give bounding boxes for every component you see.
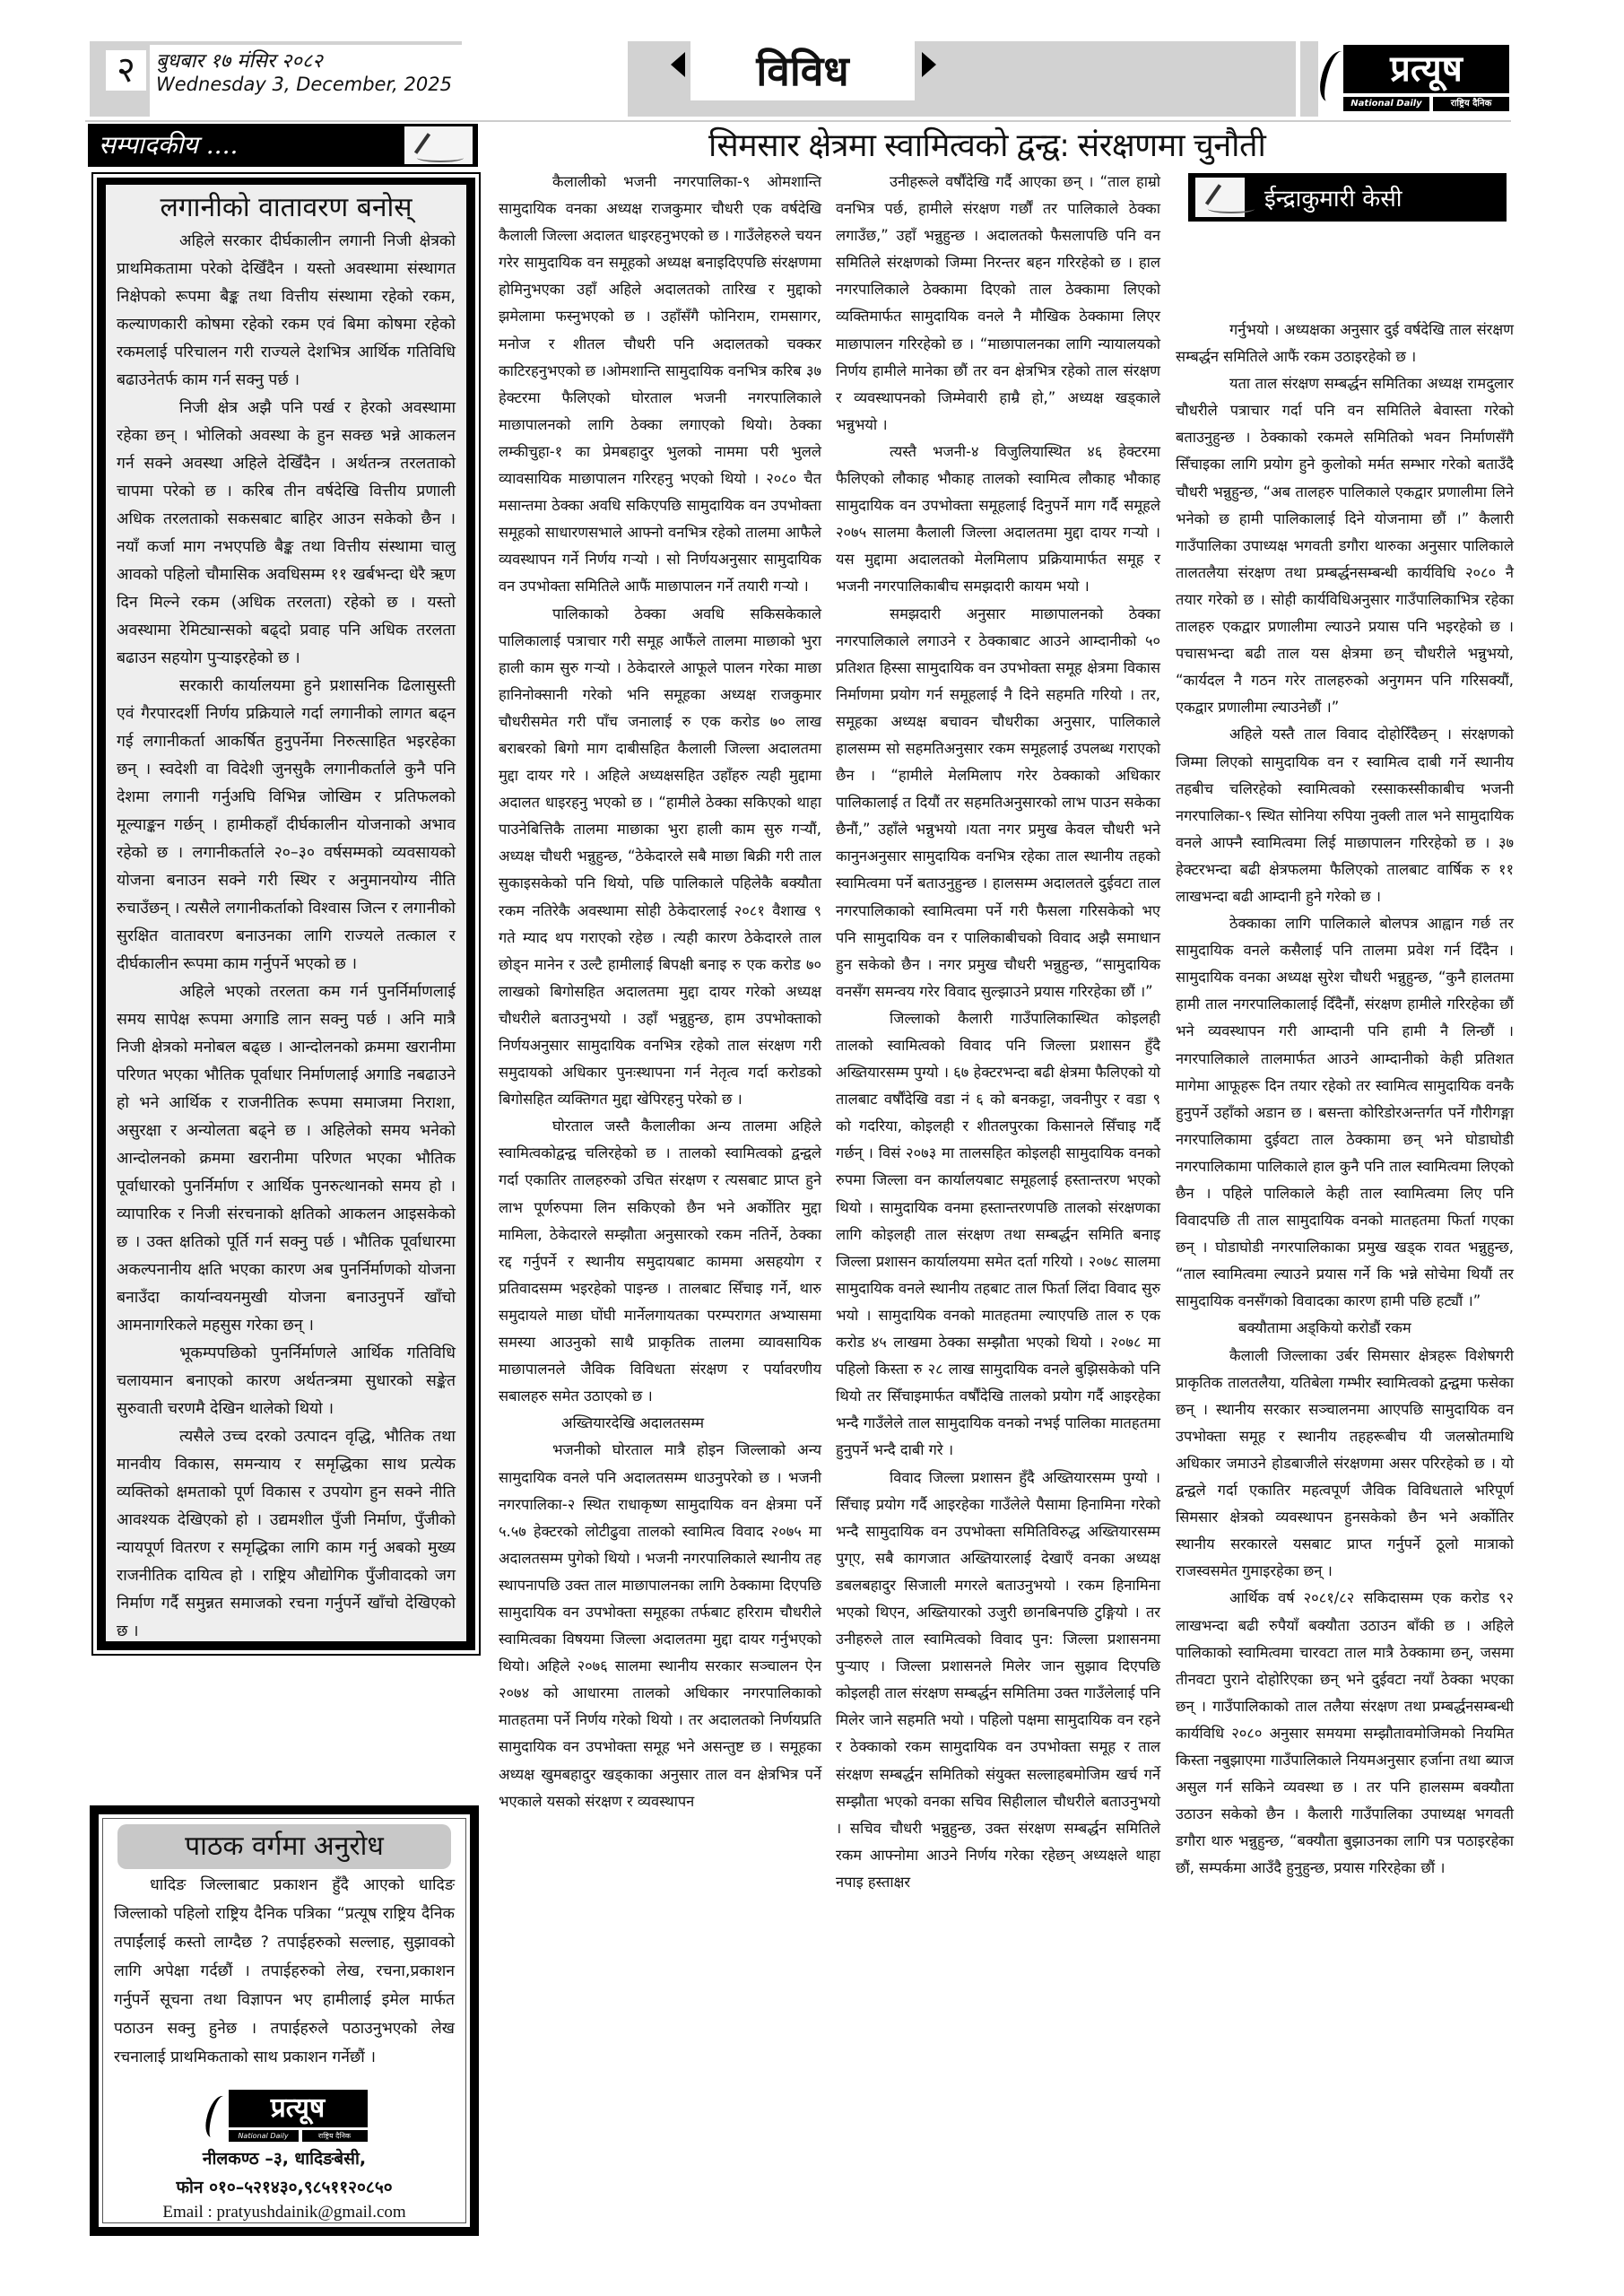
editorial-paragraph: त्यसैले उच्च दरको उत्पादन वृद्धि, भौतिक …: [117, 1423, 456, 1646]
logo-wordmark: प्रत्यूष: [229, 2090, 368, 2127]
editorial-paragraph: अहिले भएको तरलता कम गर्न पुनर्निर्माणलाई…: [117, 978, 456, 1340]
article-paragraph: गर्नुभयो । अध्यक्षका अनुसार दुई वर्षदेखि…: [1176, 317, 1514, 370]
logo-tagline-en: National Daily: [229, 2130, 299, 2142]
editorial-paragraph: भूकम्पपछिको पुनर्निर्माणले आर्थिक गतिविध…: [117, 1340, 456, 1423]
article-paragraph: जिल्लाको कैलारी गाउँपालिकास्थित कोइलही त…: [836, 1005, 1160, 1465]
article-paragraph: पालिकाको ठेक्का अवधि सकिसकेकाले पालिकाला…: [499, 601, 821, 1114]
logo-wordmark: प्रत्यूष: [1343, 45, 1509, 93]
date-nepali: बुधबार १७ मंसिर २०८२: [156, 47, 323, 74]
author-box: ईन्द्राकुमारी केसी: [1188, 173, 1507, 222]
editorial-title: लगानीको वातावरण बनोस्: [117, 190, 456, 226]
article-headline: सिमसार क्षेत्रमा स्वामित्वको द्वन्द्व: स…: [708, 126, 1265, 167]
article-paragraph: समझदारी अनुसार माछापालनको ठेक्का नगरपालि…: [836, 601, 1160, 1005]
article-paragraph: उनीहरूले वर्षौंदेखि गर्दै आएका छन् । “ता…: [836, 169, 1160, 439]
editorial-box: लगानीको वातावरण बनोस् अहिले सरकार दीर्घक…: [91, 172, 481, 1656]
article-column-2: उनीहरूले वर्षौंदेखि गर्दै आएका छन् । “ता…: [836, 169, 1160, 1896]
author-name: ईन्द्राकुमारी केसी: [1264, 181, 1403, 213]
divider: [85, 120, 1511, 122]
article-paragraph: विवाद जिल्ला प्रशासन हुँदै अख्तियारसम्म …: [836, 1465, 1160, 1897]
article-paragraph: अहिले यस्तै ताल विवाद दोहोरिँदैछन् । संर…: [1176, 721, 1514, 910]
logo-tagline-np: राष्ट्रिय दैनिक: [1433, 97, 1509, 111]
article-paragraph: आर्थिक वर्ष २०८१/८२ सकिदासम्म एक करोड ९२…: [1176, 1585, 1514, 1882]
editorial-label: सम्पादकीय ....: [99, 127, 238, 161]
article-paragraph: त्यस्तै भजनी-४ विजुलियास्थित ४६ हेक्टरमा…: [836, 439, 1160, 601]
masthead-logo-panel: [1300, 41, 1318, 117]
reader-notice-title: पाठक वर्गमा अनुरोध: [117, 1824, 451, 1869]
editorial-paragraph: निजी क्षेत्र अझै पनि पर्ख र हेरको अवस्था…: [117, 395, 456, 673]
pen-icon: [1195, 178, 1245, 217]
logo-tagline-np: राष्ट्रिय दैनिक: [302, 2130, 368, 2142]
article-paragraph: कैलालीको भजनी नगरपालिका-९ ओमशान्ति सामुद…: [499, 169, 821, 601]
address: नीलकण्ठ –३, धादिङबेसी,: [114, 2145, 455, 2172]
logo-tagline-en: National Daily: [1343, 97, 1429, 111]
editorial-header: सम्पादकीय ....: [88, 124, 478, 167]
pen-icon: [404, 126, 473, 164]
editorial-paragraph: अहिले सरकार दीर्घकालीन लगानी निजी क्षेत्…: [117, 228, 456, 395]
editorial-paragraph: सरकारी कार्यालयमा हुने प्रशासनिक ढिलासुस…: [117, 673, 456, 978]
article-paragraph: घोरताल जस्तै कैलालीका अन्य तालमा अहिले स…: [499, 1113, 821, 1410]
email-link[interactable]: Email : pratyushdainik@gmail.com: [114, 2201, 455, 2224]
triangle-left-icon: [671, 52, 685, 77]
reader-notice-box: पाठक वर्गमा अनुरोध धादिङ जिल्लाबाट प्रका…: [90, 1805, 479, 2236]
article-subheading: बक्यौतामा अड्कियो करोडौं रकम: [1176, 1315, 1514, 1342]
newspaper-logo-small: प्रत्यूष National Daily राष्ट्रिय दैनिक: [202, 2090, 368, 2144]
page-number: २: [106, 50, 146, 91]
article-paragraph: ठेक्काका लागि पालिकाले बोलपत्र आह्वान गर…: [1176, 910, 1514, 1315]
reader-notice-body: धादिङ जिल्लाबाट प्रकाशन हुँदै आएको धादिङ…: [114, 1871, 455, 2072]
section-title: विविध: [690, 41, 915, 100]
newspaper-logo: प्रत्यूष National Daily राष्ट्रिय दैनिक: [1318, 45, 1511, 113]
article-subheading: अख्तियारदेखि अदालतसम्म: [499, 1410, 821, 1437]
date-english: Wednesday 3, December, 2025: [156, 74, 452, 95]
phone: फोन ०१०–५२१४३०,९८५११२०८५०: [114, 2174, 455, 2201]
article-paragraph: यता ताल संरक्षण सम्बर्द्धन समितिका अध्यक…: [1176, 370, 1514, 721]
triangle-right-icon: [922, 52, 936, 77]
article-column-3: गर्नुभयो । अध्यक्षका अनुसार दुई वर्षदेखि…: [1176, 317, 1514, 1882]
feather-icon: [203, 2093, 231, 2140]
article-column-1: कैलालीको भजनी नगरपालिका-९ ओमशान्ति सामुद…: [499, 169, 821, 1815]
article-paragraph: कैलाली जिल्लाका उर्बर सिमसार क्षेत्रहरू …: [1176, 1343, 1514, 1586]
article-paragraph: भजनीको घोरताल मात्रै होइन जिल्लाको अन्य …: [499, 1437, 821, 1814]
